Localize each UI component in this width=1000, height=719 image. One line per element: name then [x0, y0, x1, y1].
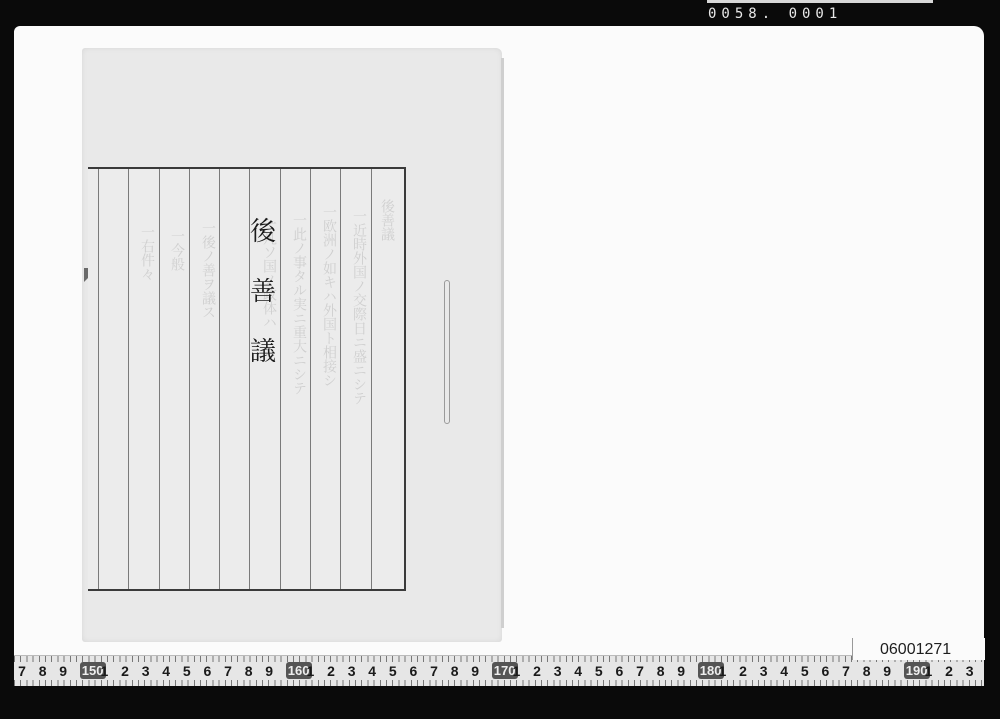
ruler-label: 3 — [548, 663, 568, 679]
ruler-label: 4 — [362, 663, 382, 679]
ruler-label: 3 — [754, 663, 774, 679]
column-rule — [189, 169, 190, 589]
ruler-label: 9 — [53, 663, 73, 679]
document-id: 06001271 — [880, 641, 951, 659]
ruler-label: 5 — [383, 663, 403, 679]
ruler-labels: 7891501234567891601234567891701234567891… — [14, 663, 984, 679]
bleed-through-text: 一此ノ事タル実ニ重大ニシテ — [290, 213, 307, 395]
ruler-label: 7 — [424, 663, 444, 679]
ruler-label: 8 — [33, 663, 53, 679]
ruler-label: 2 — [939, 663, 959, 679]
ruler-label: 2 — [527, 663, 547, 679]
bleed-through-text: 一欧洲ノ如キハ外国ト相接シ — [320, 205, 337, 387]
ruler-label: 7 — [630, 663, 650, 679]
ruler-label: 1 — [918, 663, 938, 679]
ruler-label: 7 — [836, 663, 856, 679]
ruler-label: 9 — [671, 663, 691, 679]
ruler-label: 3 — [136, 663, 156, 679]
ruler-label: 9 — [259, 663, 279, 679]
ruler-label: 2 — [321, 663, 341, 679]
ruler-label: 1 — [506, 663, 526, 679]
column-rule — [159, 169, 160, 589]
ruler-label: 5 — [177, 663, 197, 679]
paper-crease — [444, 280, 450, 424]
ruler-label: 4 — [156, 663, 176, 679]
ruler-label: 9 — [465, 663, 485, 679]
title-char: 善 — [250, 275, 276, 309]
reel-code: 0058. 0001 — [708, 6, 842, 22]
ruler-label: 1 — [712, 663, 732, 679]
ruler-label: 7 — [218, 663, 238, 679]
ruler-label: 6 — [815, 663, 835, 679]
bleed-through-text: 一右件々 — [138, 225, 155, 281]
ruler-label: 7 — [14, 663, 32, 679]
document-title: 後 善 議 — [245, 215, 281, 369]
measurement-ruler: 7891501234567891601234567891701234567891… — [14, 655, 984, 686]
ruler-label: 1 — [300, 663, 320, 679]
title-char: 議 — [250, 335, 276, 369]
ruler-label: 6 — [609, 663, 629, 679]
ruler-label: 8 — [445, 663, 465, 679]
column-rule — [219, 169, 220, 589]
column-rule — [371, 169, 372, 589]
title-char: 後 — [250, 215, 276, 249]
ruler-ticks-bottom — [14, 680, 984, 686]
bleed-through-text: 一後ノ善ヲ議ス — [199, 221, 216, 319]
ruler-label: 3 — [960, 663, 980, 679]
page-edge — [501, 58, 504, 628]
column-rule — [128, 169, 129, 589]
ruler-label: 6 — [197, 663, 217, 679]
column-rule — [310, 169, 311, 589]
bleed-through-text: 一近時外国ノ交際日ニ盛ニシテ — [350, 209, 367, 405]
ruler-label: 5 — [795, 663, 815, 679]
ruler-label: 4 — [774, 663, 794, 679]
ruler-label: 2 — [733, 663, 753, 679]
film-top-strip — [707, 0, 933, 3]
bleed-through-text: 一今般 — [168, 229, 185, 271]
ruler-label: 8 — [239, 663, 259, 679]
ruler-label: 3 — [342, 663, 362, 679]
ruler-label: 4 — [568, 663, 588, 679]
ruler-label: 2 — [115, 663, 135, 679]
film-top-border — [0, 0, 1000, 26]
ruler-label: 1 — [94, 663, 114, 679]
ruler-label: 8 — [857, 663, 877, 679]
column-rule — [340, 169, 341, 589]
column-rule — [98, 169, 99, 589]
ruler-label: 6 — [403, 663, 423, 679]
bleed-through-text: 後善議 — [378, 199, 395, 241]
ruler-label: 5 — [589, 663, 609, 679]
ruler-label: 9 — [877, 663, 897, 679]
ruler-label: 8 — [651, 663, 671, 679]
